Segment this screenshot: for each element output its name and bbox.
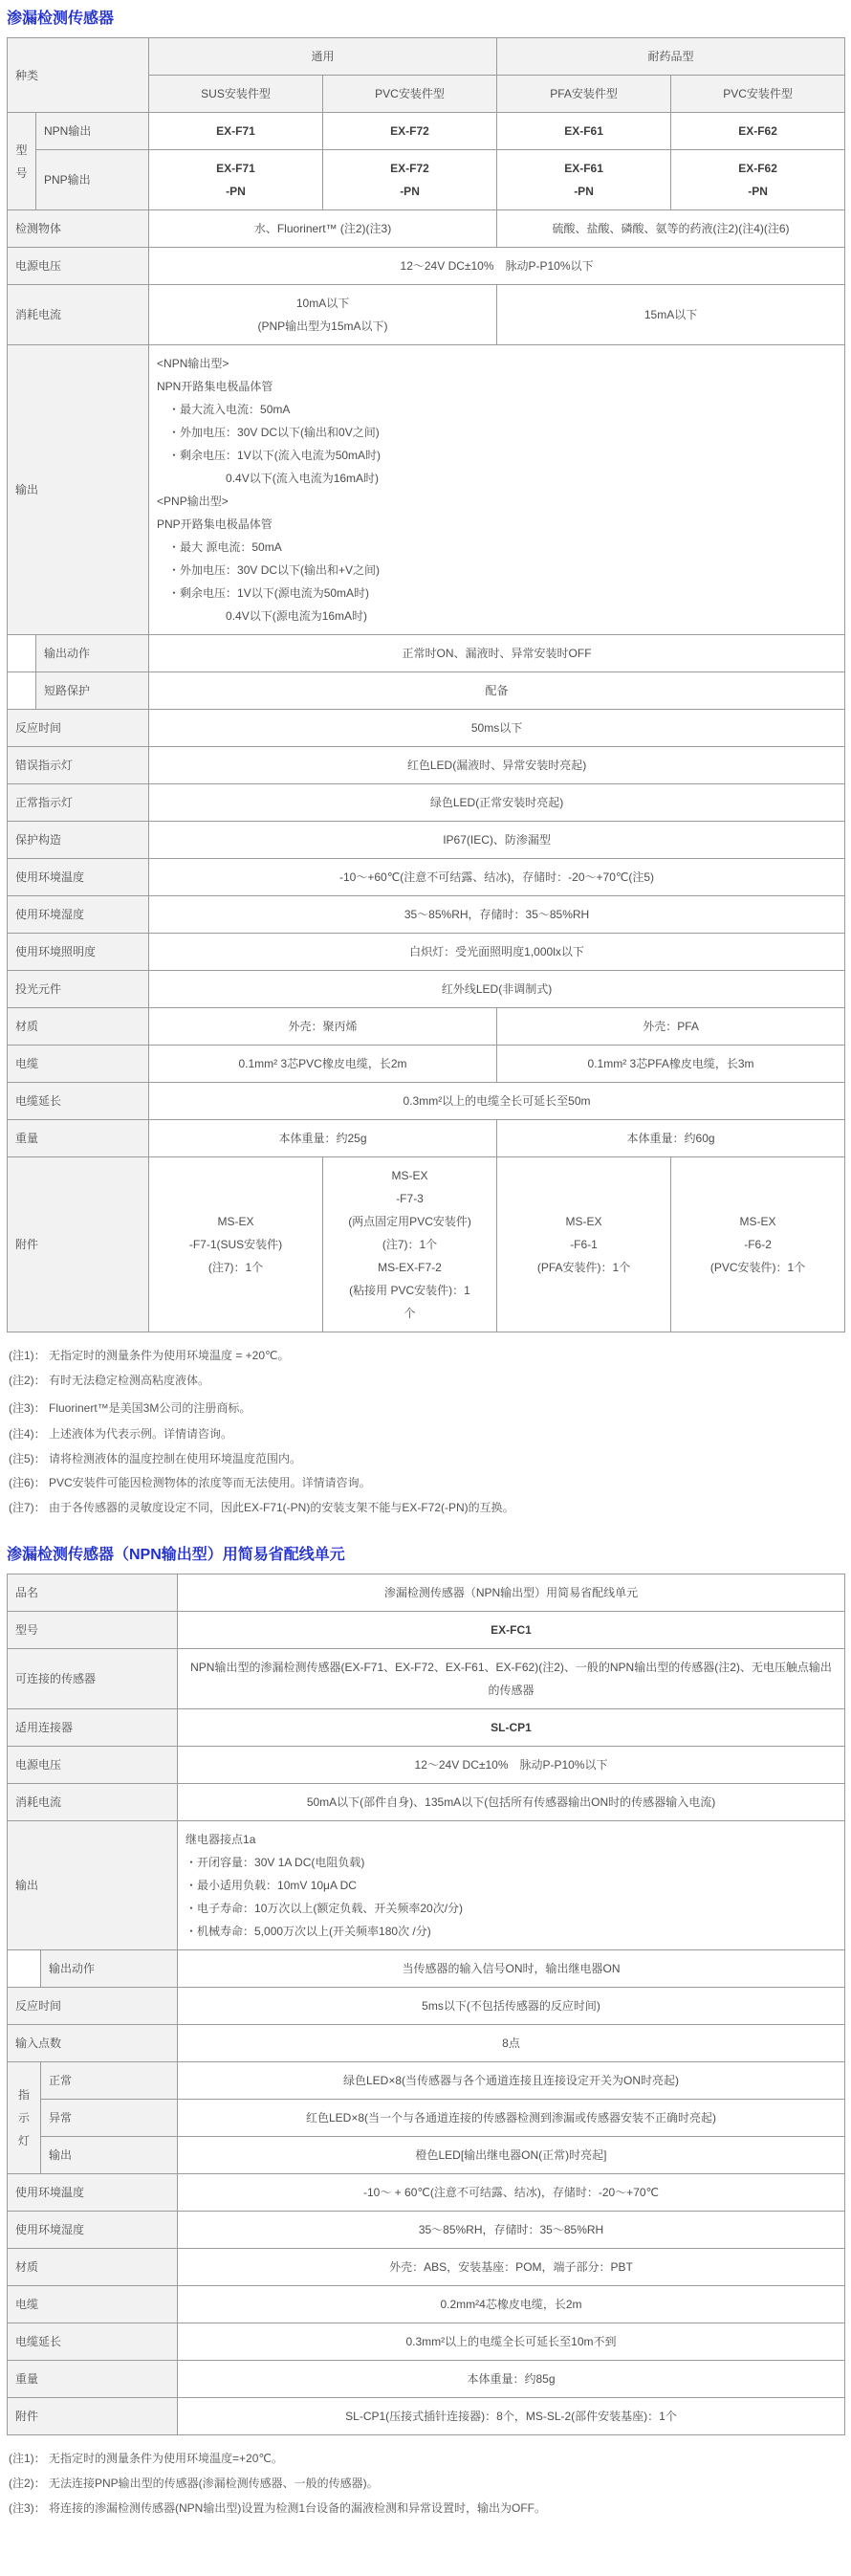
note: (注7)： 由于各传感器的灵敏度设定不同，因此EX-F71(-PN)的安装支架不…	[9, 1496, 844, 1521]
note: (注2)： 无法连接PNP输出型的传感器(渗漏检测传感器、一般的传感器)。	[9, 2472, 844, 2497]
t1-row-material: 材质 外壳：聚丙烯 外壳：PFA	[8, 1008, 845, 1046]
t1-weight-chem: 本体重量：约60g	[497, 1120, 845, 1157]
t1-row-normal-led: 正常指示灯 绿色LED(正常安装时亮起)	[8, 784, 845, 822]
t1-weight-general: 本体重量：约25g	[149, 1120, 497, 1157]
t1-cable-chem: 0.1mm² 3芯PFA橡皮电缆，长3m	[497, 1046, 845, 1083]
t1-row-model-npn: 型 号 NPN输出 EX-F71 EX-F72 EX-F61 EX-F62	[8, 113, 845, 150]
t1-emitter-value: 红外线LED(非调制式)	[149, 971, 845, 1008]
t1-current-label: 消耗电流	[8, 285, 149, 345]
t2-row-accessory: 附件 SL-CP1(压接式插针连接器)：8个，MS-SL-2(部件安装基座)：1…	[8, 2398, 845, 2435]
note: (注6)： PVC安装件可能因检测物体的浓度等而无法使用。详情请咨询。	[9, 1471, 844, 1496]
t1-object-chem: 硫酸、盐酸、磷酸、氨等的药液(注2)(注4)(注6)	[497, 210, 845, 248]
t1-row-weight: 重量 本体重量：约25g 本体重量：约60g	[8, 1120, 845, 1157]
t1-material-general: 外壳：聚丙烯	[149, 1008, 497, 1046]
t2-cable-label: 电缆	[8, 2286, 178, 2323]
t1-current-chem: 15mA以下	[497, 285, 845, 345]
t2-connector-value: SL-CP1	[178, 1709, 845, 1747]
t1-model-npn-1: EX-F71	[149, 113, 323, 150]
t1-group-general: 通用	[149, 38, 497, 76]
t1-emitter-label: 投光元件	[8, 971, 149, 1008]
t1-response-value: 50ms以下	[149, 710, 845, 747]
t1-npn-label: NPN输出	[36, 113, 149, 150]
t2-weight-value: 本体重量：约85g	[178, 2361, 845, 2398]
t1-normal-led-value: 绿色LED(正常安装时亮起)	[149, 784, 845, 822]
t1-row-object: 检测物体 水、Fluorinert™ (注2)(注3) 硫酸、盐酸、磷酸、氨等的…	[8, 210, 845, 248]
t2-output-action-value: 当传感器的输入信号ON时，输出继电器ON	[178, 1950, 845, 1988]
t1-row-current: 消耗电流 10mA以下 (PNP输出型为15mA以下) 15mA以下	[8, 285, 845, 345]
t1-error-led-value: 红色LED(漏液时、异常安装时亮起)	[149, 747, 845, 784]
t2-led-normal-label: 正常	[41, 2062, 178, 2100]
t1-output-action-label: 输出动作	[36, 635, 149, 672]
t1-row-amb-temp: 使用环境温度 -10〜+60℃(注意不可结露、结冰)，存储时：-20〜+70℃(…	[8, 859, 845, 896]
t1-model-pnp-4: EX-F62 -PN	[671, 150, 845, 210]
section2-title: 渗漏检测传感器（NPN输出型）用简易省配线单元	[7, 1546, 844, 1564]
t1-model-group-label: 型 号	[8, 113, 36, 210]
t2-amb-hum-label: 使用环境湿度	[8, 2212, 178, 2249]
t2-current-value: 50mA以下(部件自身)、135mA以下(包括所有传感器输出ON时的传感器输入电…	[178, 1784, 845, 1821]
t1-row-cable-ext: 电缆延长 0.3mm²以上的电缆全长可延长至50m	[8, 1083, 845, 1120]
t1-row-protection: 保护构造 IP67(IEC)、防渗漏型	[8, 822, 845, 859]
t1-accessory-2: MS-EX -F7-3 (两点固定用PVC安装件) (注7)：1个 MS-EX-…	[323, 1157, 497, 1332]
t2-output-action-spacer	[8, 1950, 41, 1988]
t2-weight-label: 重量	[8, 2361, 178, 2398]
t2-row-output: 输出 继电器接点1a ・开闭容量：30V 1A DC(电阻负载) ・最小适用负载…	[8, 1821, 845, 1950]
t2-accessory-label: 附件	[8, 2398, 178, 2435]
t1-row-output: 输出 <NPN输出型> NPN开路集电极晶体管 ・最大流入电流：50mA ・外加…	[8, 345, 845, 635]
t2-model-value: EX-FC1	[178, 1612, 845, 1649]
t2-led-abnormal-value: 红色LED×8(当一个与各通道连接的传感器检测到渗漏或传感器安装不正确时亮起)	[178, 2100, 845, 2137]
t2-name-label: 品名	[8, 1574, 178, 1612]
t1-cable-general: 0.1mm² 3芯PVC橡皮电缆，长2m	[149, 1046, 497, 1083]
t2-voltage-value: 12〜24V DC±10% 脉动P-P10%以下	[178, 1747, 845, 1784]
t2-row-connectable: 可连接的传感器 NPN输出型的渗漏检测传感器(EX-F71、EX-F72、EX-…	[8, 1649, 845, 1709]
section2-notes: (注1)： 无指定时的测量条件为使用环境温度=+20℃。 (注2)： 无法连接P…	[9, 2447, 844, 2521]
t1-cable-ext-label: 电缆延长	[8, 1083, 149, 1120]
t2-inputs-label: 输入点数	[8, 2025, 178, 2062]
t1-accessory-3: MS-EX -F6-1 (PFA安装件)：1个	[497, 1157, 671, 1332]
t2-led-abnormal-label: 异常	[41, 2100, 178, 2137]
t2-cable-value: 0.2mm²4芯橡皮电缆，长2m	[178, 2286, 845, 2323]
t2-material-label: 材质	[8, 2249, 178, 2286]
t1-short-protect-value: 配备	[149, 672, 845, 710]
t1-voltage-label: 电源电压	[8, 248, 149, 285]
t1-short-protect-label: 短路保护	[36, 672, 149, 710]
t1-row-output-action: 输出动作 正常时ON、漏液时、异常安装时OFF	[8, 635, 845, 672]
t1-model-pnp-3: EX-F61 -PN	[497, 150, 671, 210]
wiring-unit-spec-table: 品名 渗漏检测传感器（NPN输出型）用简易省配线单元 型号 EX-FC1 可连接…	[7, 1574, 845, 2435]
section1-title: 渗漏检测传感器	[7, 10, 844, 28]
page: 渗漏检测传感器 种类 通用 耐药品型 SUS安装件型 PVC安装件型 PFA安装…	[0, 0, 851, 2544]
t1-row-error-led: 错误指示灯 红色LED(漏液时、异常安装时亮起)	[8, 747, 845, 784]
t1-row-response: 反应时间 50ms以下	[8, 710, 845, 747]
t1-amb-lux-label: 使用环境照明度	[8, 934, 149, 971]
note: (注1)： 无指定时的测量条件为使用环境温度=+20℃。	[9, 2447, 844, 2472]
t1-amb-lux-value: 白炽灯：受光面照明度1,000lx以下	[149, 934, 845, 971]
t1-col-pvc: PVC安装件型	[323, 76, 497, 113]
t1-accessory-label: 附件	[8, 1157, 149, 1332]
t1-voltage-value: 12〜24V DC±10% 脉动P-P10%以下	[149, 248, 845, 285]
t1-output-action-spacer	[8, 635, 36, 672]
t1-normal-led-label: 正常指示灯	[8, 784, 149, 822]
t2-row-weight: 重量 本体重量：约85g	[8, 2361, 845, 2398]
t2-voltage-label: 电源电压	[8, 1747, 178, 1784]
t1-header-row-1: 种类 通用 耐药品型	[8, 38, 845, 76]
note: (注1)： 无指定时的测量条件为使用环境温度 = +20℃。	[9, 1344, 844, 1369]
t2-amb-hum-value: 35〜85%RH，存储时：35〜85%RH	[178, 2212, 845, 2249]
t2-response-label: 反应时间	[8, 1988, 178, 2025]
t1-accessory-4: MS-EX -F6-2 (PVC安装件)：1个	[671, 1157, 845, 1332]
t2-connector-label: 适用连接器	[8, 1709, 178, 1747]
t2-row-inputs: 输入点数 8点	[8, 2025, 845, 2062]
t2-amb-temp-label: 使用环境温度	[8, 2174, 178, 2212]
t1-col-sus: SUS安装件型	[149, 76, 323, 113]
note: (注5)： 请将检测液体的温度控制在使用环境温度范围内。	[9, 1447, 844, 1472]
t1-group-chem: 耐药品型	[497, 38, 845, 76]
t1-pnp-label: PNP输出	[36, 150, 149, 210]
t2-row-current: 消耗电流 50mA以下(部件自身)、135mA以下(包括所有传感器输出ON时的传…	[8, 1784, 845, 1821]
t2-row-model: 型号 EX-FC1	[8, 1612, 845, 1649]
t1-row-model-pnp: PNP输出 EX-F71 -PN EX-F72 -PN EX-F61 -PN E…	[8, 150, 845, 210]
note: (注2)： 有时无法稳定检测高粘度液体。	[9, 1369, 844, 1394]
t1-current-general: 10mA以下 (PNP输出型为15mA以下)	[149, 285, 497, 345]
t2-model-label: 型号	[8, 1612, 178, 1649]
t1-accessory-1: MS-EX -F7-1(SUS安装件) (注7)：1个	[149, 1157, 323, 1332]
t2-row-cable-ext: 电缆延长 0.3mm²以上的电缆全长可延长至10m不到	[8, 2323, 845, 2361]
t2-row-name: 品名 渗漏检测传感器（NPN输出型）用简易省配线单元	[8, 1574, 845, 1612]
t1-model-pnp-1: EX-F71 -PN	[149, 150, 323, 210]
t2-row-cable: 电缆 0.2mm²4芯橡皮电缆，长2m	[8, 2286, 845, 2323]
t1-error-led-label: 错误指示灯	[8, 747, 149, 784]
t1-row-short-protect: 短路保护 配备	[8, 672, 845, 710]
t1-row-amb-lux: 使用环境照明度 白炽灯：受光面照明度1,000lx以下	[8, 934, 845, 971]
t2-led-output-label: 输出	[41, 2137, 178, 2174]
t1-col-pvc2: PVC安装件型	[671, 76, 845, 113]
t1-protection-value: IP67(IEC)、防渗漏型	[149, 822, 845, 859]
t2-row-voltage: 电源电压 12〜24V DC±10% 脉动P-P10%以下	[8, 1747, 845, 1784]
t2-row-output-action: 输出动作 当传感器的输入信号ON时，输出继电器ON	[8, 1950, 845, 1988]
t1-cable-ext-value: 0.3mm²以上的电缆全长可延长至50m	[149, 1083, 845, 1120]
sensor-spec-table: 种类 通用 耐药品型 SUS安装件型 PVC安装件型 PFA安装件型 PVC安装…	[7, 37, 845, 1332]
t2-row-led-output: 输出 橙色LED[输出继电器ON(正常)时亮起]	[8, 2137, 845, 2174]
t1-kind-label: 种类	[8, 38, 149, 113]
t2-connectable-value: NPN输出型的渗漏检测传感器(EX-F71、EX-F72、EX-F61、EX-F…	[178, 1649, 845, 1709]
t2-cable-ext-value: 0.3mm²以上的电缆全长可延长至10m不到	[178, 2323, 845, 2361]
note: (注3)： Fluorinert™是美国3M公司的注册商标。	[9, 1394, 844, 1422]
t1-row-accessory: 附件 MS-EX -F7-1(SUS安装件) (注7)：1个 MS-EX -F7…	[8, 1157, 845, 1332]
t2-name-value: 渗漏检测传感器（NPN输出型）用简易省配线单元	[178, 1574, 845, 1612]
t2-row-led-normal: 指 示 灯 正常 绿色LED×8(当传感器与各个通道连接且连接设定开关为ON时亮…	[8, 2062, 845, 2100]
t2-output-action-label: 输出动作	[41, 1950, 178, 1988]
t1-material-label: 材质	[8, 1008, 149, 1046]
t1-object-label: 检测物体	[8, 210, 149, 248]
t1-col-pfa: PFA安装件型	[497, 76, 671, 113]
t2-row-led-abnormal: 异常 红色LED×8(当一个与各通道连接的传感器检测到渗漏或传感器安装不正确时亮…	[8, 2100, 845, 2137]
t2-material-value: 外壳：ABS，安装基座：POM，端子部分：PBT	[178, 2249, 845, 2286]
note: (注3)： 将连接的渗漏检测传感器(NPN输出型)设置为检测1台设备的漏液检测和…	[9, 2497, 844, 2521]
t1-amb-hum-value: 35〜85%RH，存储时：35〜85%RH	[149, 896, 845, 934]
t2-amb-temp-value: -10〜 + 60℃(注意不可结露、结冰)，存储时：-20〜+70℃	[178, 2174, 845, 2212]
t1-model-npn-2: EX-F72	[323, 113, 497, 150]
t1-model-npn-4: EX-F62	[671, 113, 845, 150]
t2-row-material: 材质 外壳：ABS，安装基座：POM，端子部分：PBT	[8, 2249, 845, 2286]
t2-row-amb-temp: 使用环境温度 -10〜 + 60℃(注意不可结露、结冰)，存储时：-20〜+70…	[8, 2174, 845, 2212]
t2-output-label: 输出	[8, 1821, 178, 1950]
t1-object-general: 水、Fluorinert™ (注2)(注3)	[149, 210, 497, 248]
t1-amb-hum-label: 使用环境湿度	[8, 896, 149, 934]
t1-row-cable: 电缆 0.1mm² 3芯PVC橡皮电缆，长2m 0.1mm² 3芯PFA橡皮电缆…	[8, 1046, 845, 1083]
t2-output-value: 继电器接点1a ・开闭容量：30V 1A DC(电阻负载) ・最小适用负载：10…	[178, 1821, 845, 1950]
t2-cable-ext-label: 电缆延长	[8, 2323, 178, 2361]
t2-led-normal-value: 绿色LED×8(当传感器与各个通道连接且连接设定开关为ON时亮起)	[178, 2062, 845, 2100]
t1-model-pnp-2: EX-F72 -PN	[323, 150, 497, 210]
t1-cable-label: 电缆	[8, 1046, 149, 1083]
note: (注4)： 上述液体为代表示例。详情请咨询。	[9, 1422, 844, 1447]
t1-material-chem: 外壳：PFA	[497, 1008, 845, 1046]
t2-led-output-value: 橙色LED[输出继电器ON(正常)时亮起]	[178, 2137, 845, 2174]
section1-notes: (注1)： 无指定时的测量条件为使用环境温度 = +20℃。 (注2)： 有时无…	[9, 1344, 844, 1521]
t2-connectable-label: 可连接的传感器	[8, 1649, 178, 1709]
t2-accessory-value: SL-CP1(压接式插针连接器)：8个，MS-SL-2(部件安装基座)：1个	[178, 2398, 845, 2435]
t1-row-amb-hum: 使用环境湿度 35〜85%RH，存储时：35〜85%RH	[8, 896, 845, 934]
t2-row-amb-hum: 使用环境湿度 35〜85%RH，存储时：35〜85%RH	[8, 2212, 845, 2249]
t1-row-emitter: 投光元件 红外线LED(非调制式)	[8, 971, 845, 1008]
t1-weight-label: 重量	[8, 1120, 149, 1157]
t1-model-npn-3: EX-F61	[497, 113, 671, 150]
t1-amb-temp-value: -10〜+60℃(注意不可结露、结冰)，存储时：-20〜+70℃(注5)	[149, 859, 845, 896]
t1-output-action-value: 正常时ON、漏液时、异常安装时OFF	[149, 635, 845, 672]
t2-row-response: 反应时间 5ms以下(不包括传感器的反应时间)	[8, 1988, 845, 2025]
t1-protection-label: 保护构造	[8, 822, 149, 859]
t1-response-label: 反应时间	[8, 710, 149, 747]
t1-output-label: 输出	[8, 345, 149, 635]
t1-row-voltage: 电源电压 12〜24V DC±10% 脉动P-P10%以下	[8, 248, 845, 285]
t1-amb-temp-label: 使用环境温度	[8, 859, 149, 896]
t1-short-protect-spacer	[8, 672, 36, 710]
t2-led-group-label: 指 示 灯	[8, 2062, 41, 2174]
t1-output-value: <NPN输出型> NPN开路集电极晶体管 ・最大流入电流：50mA ・外加电压：…	[149, 345, 845, 635]
t2-response-value: 5ms以下(不包括传感器的反应时间)	[178, 1988, 845, 2025]
t2-row-connector: 适用连接器 SL-CP1	[8, 1709, 845, 1747]
t2-inputs-value: 8点	[178, 2025, 845, 2062]
t2-current-label: 消耗电流	[8, 1784, 178, 1821]
